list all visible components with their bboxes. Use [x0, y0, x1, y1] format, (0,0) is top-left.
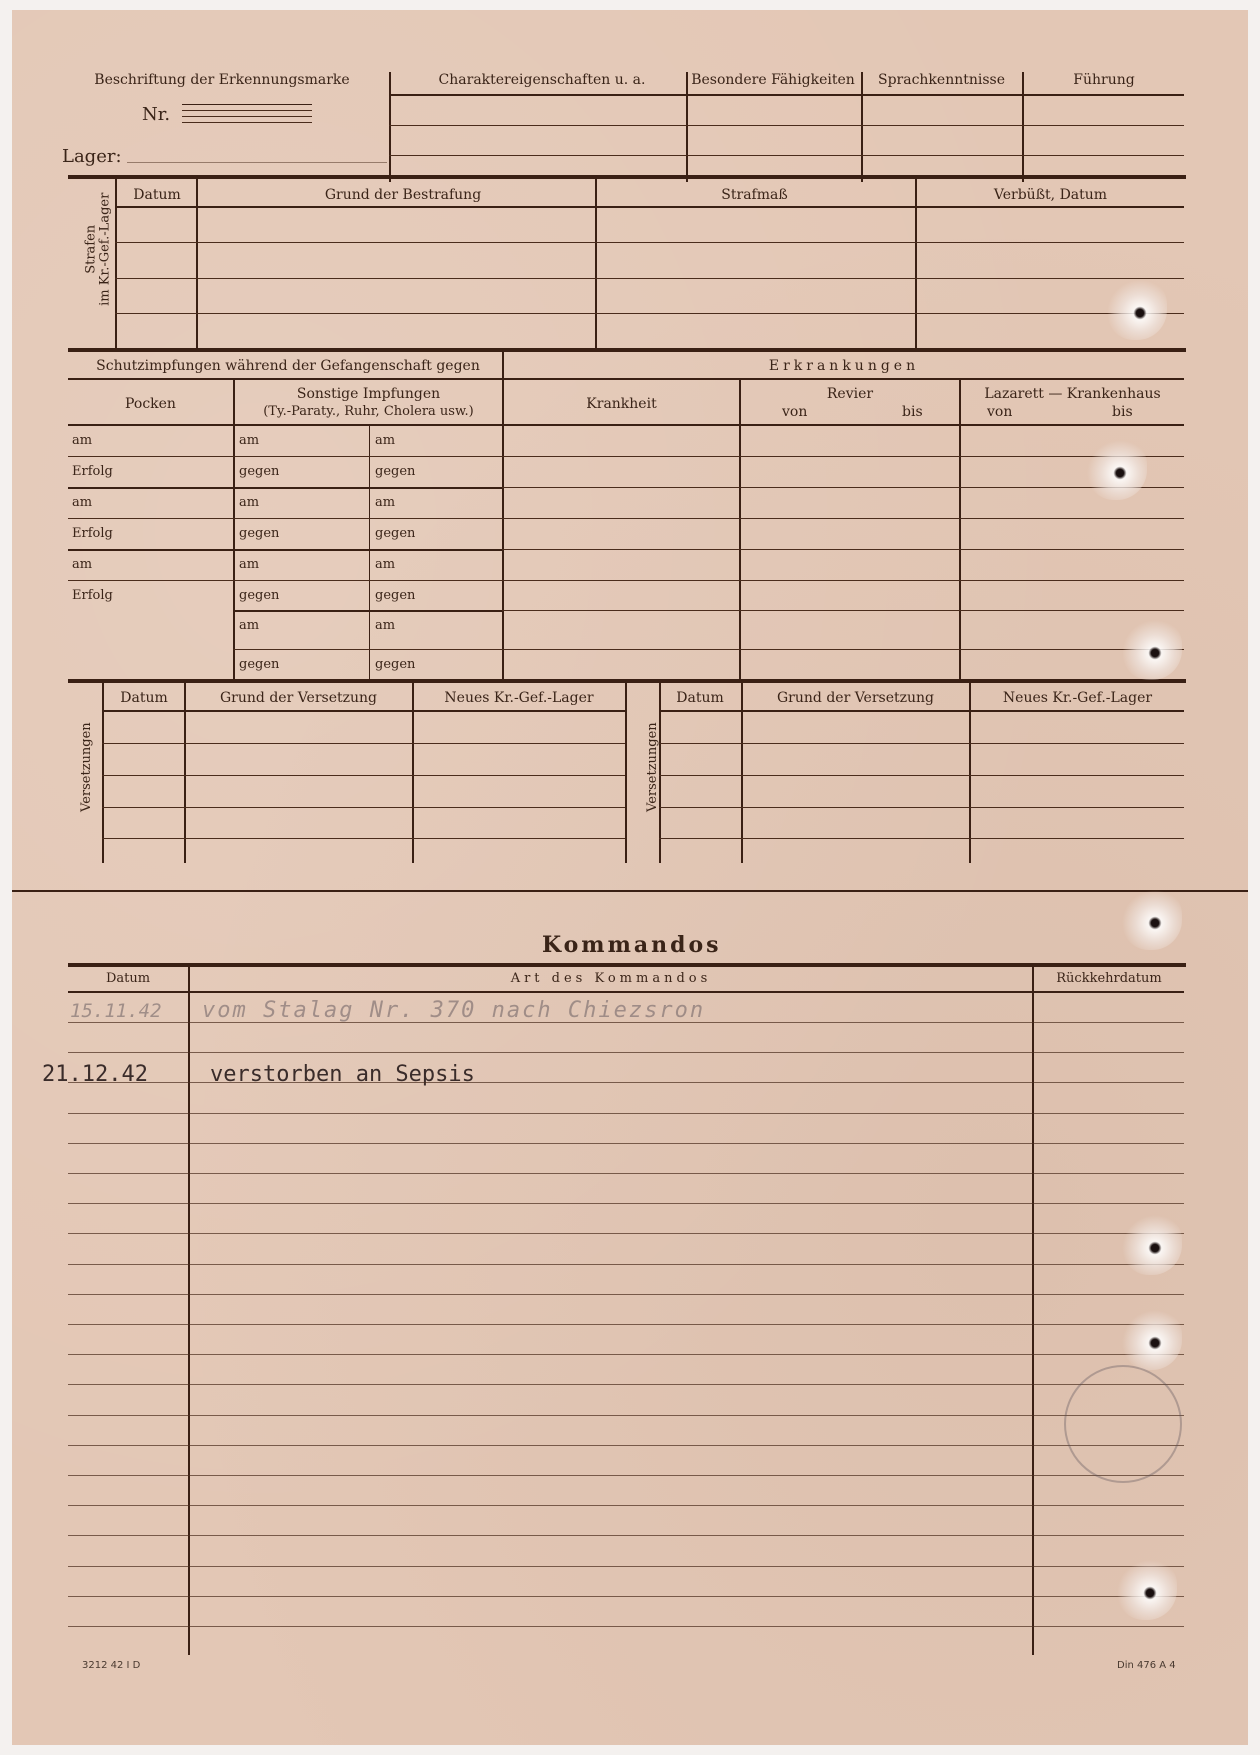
revier-bis: bis [902, 405, 923, 419]
rule [68, 580, 1184, 581]
section-rule [68, 348, 1186, 352]
rule [68, 1203, 1184, 1204]
lager-input-line[interactable] [127, 162, 387, 163]
punch-hole [1122, 890, 1182, 950]
rule [102, 807, 625, 808]
rule [68, 1535, 1184, 1536]
nr-rule [182, 122, 312, 123]
col-datum: Datum [68, 972, 188, 985]
divider [595, 179, 597, 349]
rule [68, 1173, 1184, 1174]
col-verbuesst: Verbüßt, Datum [917, 188, 1184, 202]
col-datum-left: Datum [104, 691, 184, 705]
sonst-gegen: gegen [239, 465, 279, 478]
rule [68, 549, 502, 551]
rule [502, 549, 1184, 550]
divider [389, 72, 391, 182]
sonst-gegen: gegen [375, 527, 415, 540]
kommando-2-datum: 21.12.42 [42, 1062, 148, 1087]
document-page: Beschriftung der Erkennungsmarke Nr. Lag… [12, 10, 1248, 1745]
pocken-erfolg-1: Erfolg [72, 465, 113, 478]
nr-label: Nr. [142, 106, 170, 124]
rule [389, 94, 1184, 96]
rule [115, 278, 1184, 279]
rule [68, 1052, 1184, 1053]
footer-din-format: Din 476 A 4 [1117, 1660, 1176, 1671]
section-rule [68, 679, 1186, 683]
sonst-am: am [375, 558, 395, 571]
rule [659, 838, 1184, 839]
punch-hole [1122, 620, 1182, 680]
impfungen-heading: Schutzimpfungen während der Gefangenscha… [68, 359, 508, 373]
strafen-label-1: Strafen [85, 184, 99, 314]
kommando-2-art: verstorben an Sepsis [210, 1062, 475, 1087]
rule [68, 1596, 1184, 1597]
col-grund-bestrafung: Grund der Bestrafung [198, 188, 608, 202]
rule [68, 1022, 1184, 1023]
divider [861, 72, 863, 182]
sonst-gegen: gegen [375, 465, 415, 478]
pocken-am-3: am [72, 558, 92, 571]
divider [625, 683, 627, 863]
divider [196, 179, 198, 349]
rule [68, 1324, 1184, 1325]
col-pocken: Pocken [68, 397, 233, 411]
stamp-circle [1064, 1365, 1182, 1483]
versetzungen-side-label-right: Versetzungen [646, 722, 660, 812]
divider [686, 72, 688, 182]
sonst-am: am [375, 434, 395, 447]
rule [68, 1233, 1184, 1234]
col-grund-right: Grund der Versetzung [743, 691, 968, 705]
sonst-am: am [239, 496, 259, 509]
versetzungen-side-label-left: Versetzungen [80, 722, 94, 812]
rule [102, 743, 625, 744]
rule [68, 518, 1184, 519]
sonst-gegen: gegen [239, 658, 279, 671]
rule [68, 1505, 1184, 1506]
divider [915, 179, 917, 349]
rule [115, 206, 1184, 208]
strafen-side-label: Strafen im Kr.-Gef.-Lager [85, 184, 114, 314]
col-lazarett: Lazarett — Krankenhaus [961, 387, 1184, 401]
nr-rule [182, 116, 312, 117]
sonst-am: am [239, 434, 259, 447]
sonst-am: am [375, 619, 395, 632]
rule [68, 1294, 1184, 1295]
rule [68, 1415, 1184, 1416]
rule [102, 775, 625, 776]
rule [68, 1143, 1184, 1144]
strafen-label-2: im Kr.-Gef.-Lager [99, 184, 113, 314]
section-rule [68, 963, 1186, 967]
divider [1032, 965, 1034, 1655]
rule [659, 743, 1184, 744]
rule [115, 242, 1184, 243]
col-datum-right: Datum [661, 691, 739, 705]
sonst-am: am [239, 619, 259, 632]
sonst-gegen: gegen [239, 527, 279, 540]
fold-rule [12, 890, 1248, 892]
col-rueckkehr: Rückkehrdatum [1034, 972, 1184, 985]
rule [233, 649, 1184, 650]
sonst-gegen: gegen [375, 658, 415, 671]
col-sprachkenntnisse: Sprachkenntnisse [863, 73, 1020, 87]
lager-label: Lager: [62, 148, 122, 166]
erkennungsmarke-heading: Beschriftung der Erkennungsmarke [72, 73, 372, 87]
rule [68, 1082, 1184, 1083]
punch-hole [1107, 280, 1167, 340]
pocken-erfolg-2: Erfolg [72, 527, 113, 540]
rule [102, 710, 625, 712]
rule [115, 313, 1184, 314]
rule [68, 1384, 1184, 1385]
rule [659, 710, 1184, 712]
col-lager-left: Neues Kr.-Gef.-Lager [414, 691, 624, 705]
rule [502, 487, 1184, 488]
punch-hole [1117, 1560, 1177, 1620]
rule [68, 1113, 1184, 1114]
sonst-am: am [239, 558, 259, 571]
punch-hole [1087, 440, 1147, 500]
rule [68, 1445, 1184, 1446]
sonst-gegen: gegen [239, 589, 279, 602]
rule [233, 610, 502, 612]
divider [1022, 72, 1024, 182]
nr-rule [182, 104, 312, 105]
rule [659, 807, 1184, 808]
col-grund-left: Grund der Versetzung [186, 691, 411, 705]
col-revier: Revier [741, 387, 959, 401]
lazarett-von: von [987, 405, 1012, 419]
lazarett-bis: bis [1112, 405, 1133, 419]
col-faehigkeiten: Besondere Fähigkeiten [688, 73, 858, 87]
rule [68, 1566, 1184, 1567]
kommandos-heading: Kommandos [542, 932, 722, 958]
rule [659, 775, 1184, 776]
rule [68, 1264, 1184, 1265]
kommando-1-art: vom Stalag Nr. 370 nach Chiezsron [202, 998, 705, 1023]
rule [68, 1354, 1184, 1355]
rule [68, 1475, 1184, 1476]
section-rule [68, 175, 1186, 179]
punch-hole [1122, 1215, 1182, 1275]
sonst-am: am [375, 496, 395, 509]
kommando-1-datum: 15.11.42 [70, 1000, 162, 1022]
nr-rule [182, 110, 312, 111]
rule [68, 1626, 1184, 1627]
col-datum: Datum [117, 188, 197, 202]
col-charakter: Charaktereigenschaften u. a. [392, 73, 692, 87]
rule [102, 838, 625, 839]
rule [68, 424, 1184, 426]
rule [68, 378, 1184, 380]
pocken-am-2: am [72, 496, 92, 509]
rule [68, 456, 1184, 457]
divider [369, 424, 370, 680]
col-krankheit: Krankheit [504, 397, 739, 411]
revier-von: von [782, 405, 807, 419]
divider [188, 965, 190, 1655]
footer-print-code: 3212 42 I D [82, 1660, 140, 1671]
col-art: Art des Kommandos [190, 972, 1032, 985]
punch-hole [1122, 1310, 1182, 1370]
col-fuehrung: Führung [1024, 73, 1184, 87]
col-sonstige-1: Sonstige Impfungen [235, 387, 502, 401]
col-sonstige-2: (Ty.-Paraty., Ruhr, Cholera usw.) [235, 405, 502, 418]
pocken-am-1: am [72, 434, 92, 447]
pocken-erfolg-3: Erfolg [72, 589, 113, 602]
erkrankungen-heading: Erkrankungen [504, 359, 1184, 373]
rule [68, 487, 502, 489]
divider [115, 179, 117, 349]
col-strafmass: Strafmaß [597, 188, 912, 202]
rule [502, 610, 1184, 611]
col-lager-right: Neues Kr.-Gef.-Lager [971, 691, 1184, 705]
rule [389, 125, 1184, 126]
rule [68, 991, 1184, 993]
sonst-gegen: gegen [375, 589, 415, 602]
rule [389, 155, 1184, 156]
